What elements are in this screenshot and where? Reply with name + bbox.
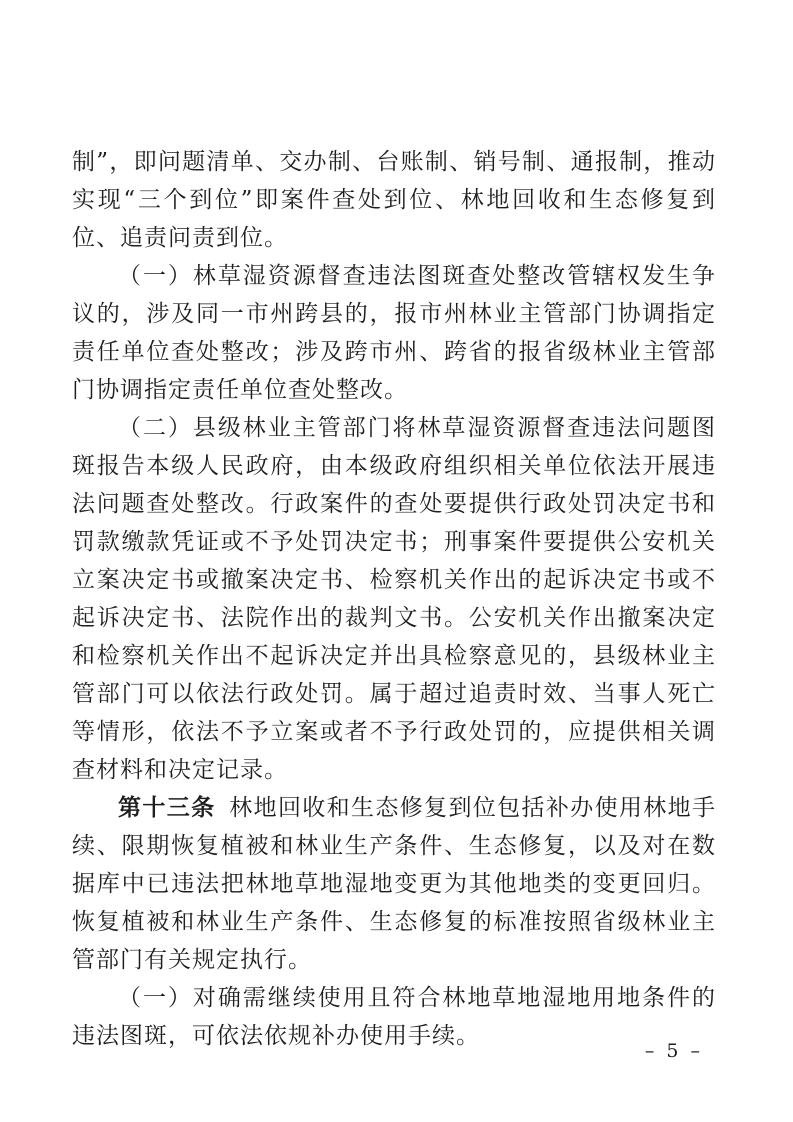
paragraph-item-1: （一）林草湿资源督查违法图斑查处整改管辖权发生争议的，涉及同一市州跨县的，报市州… bbox=[72, 257, 716, 409]
document-page: 制”，即问题清单、交办制、台账制、销号制、通报制，推动实现“三个到位”即案件查处… bbox=[0, 0, 793, 1122]
paragraph-text: （一）对确需继续使用且符合林地草地湿地用地条件的违法图斑，可依法依规补办使用手续… bbox=[72, 985, 716, 1049]
paragraph-text: （二）县级林业主管部门将林草湿资源督查违法问题图斑报告本级人民政府，由本级政府组… bbox=[72, 415, 716, 783]
paragraph-text: 林地回收和生态修复到位包括补办使用林地手续、限期恢复植被和林业生产条件、生态修复… bbox=[72, 795, 716, 973]
paragraph-text: （一）林草湿资源督查违法图斑查处整改管辖权发生争议的，涉及同一市州跨县的，报市州… bbox=[72, 263, 716, 403]
paragraph-item-3: （一）对确需继续使用且符合林地草地湿地用地条件的违法图斑，可依法依规补办使用手续… bbox=[72, 979, 716, 1055]
page-number: – 5 – bbox=[645, 1039, 703, 1063]
article-number-label: 第十三条 bbox=[118, 794, 215, 821]
paragraph-text: 制”，即问题清单、交办制、台账制、销号制、通报制，推动实现“三个到位”即案件查处… bbox=[72, 149, 716, 251]
paragraph-item-2: （二）县级林业主管部门将林草湿资源督查违法问题图斑报告本级人民政府，由本级政府组… bbox=[72, 409, 716, 789]
paragraph-article-13: 第十三条林地回收和生态修复到位包括补办使用林地手续、限期恢复植被和林业生产条件、… bbox=[72, 789, 716, 979]
paragraph-continuation: 制”，即问题清单、交办制、台账制、销号制、通报制，推动实现“三个到位”即案件查处… bbox=[72, 143, 716, 257]
document-text-body: 制”，即问题清单、交办制、台账制、销号制、通报制，推动实现“三个到位”即案件查处… bbox=[72, 143, 716, 1055]
